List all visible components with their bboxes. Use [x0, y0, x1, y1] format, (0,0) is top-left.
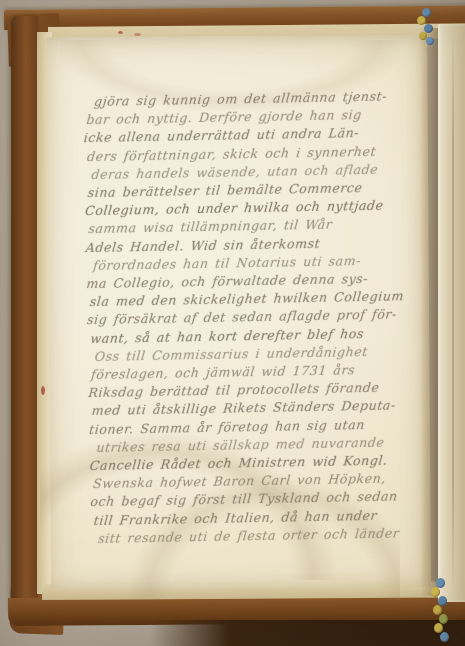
edge-speckle-red — [118, 31, 123, 34]
endband-bead-blue — [424, 24, 433, 33]
endband-bead-yellow — [417, 16, 426, 25]
endband-bead-blue — [426, 37, 434, 45]
bookmark-cord-icon — [424, 578, 458, 646]
endband-top-icon — [414, 8, 442, 46]
cord-bead-blue — [440, 632, 449, 642]
manuscript-text-block: gjöra sig kunnig om det allmänna tjenst-… — [82, 87, 426, 548]
cord-bead-yellow — [431, 587, 440, 597]
cover-board-shadow — [150, 620, 465, 646]
leather-spine — [11, 16, 38, 616]
facing-page-crease — [452, 30, 454, 595]
book-photograph: gjöra sig kunnig om det allmänna tjenst-… — [0, 0, 465, 646]
edge-speckle-red — [41, 386, 45, 395]
edge-speckle-red — [134, 33, 141, 36]
